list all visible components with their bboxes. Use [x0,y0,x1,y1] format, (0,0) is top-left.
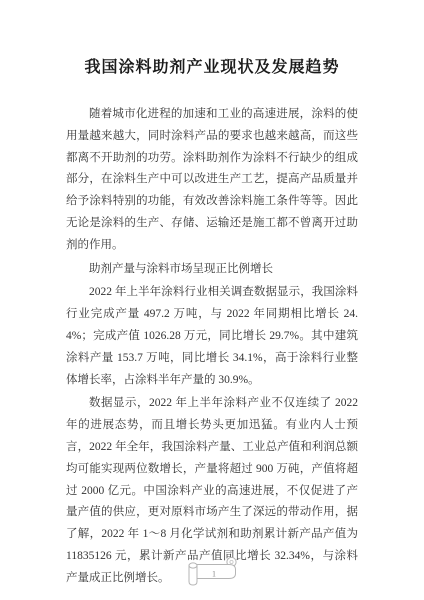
section-heading: 助剂产量与涂料市场呈现正比例增长 [66,259,358,281]
paragraph: 2022 年上半年涂料行业相关调查数据显示，我国涂料行业完成产量 497.2 万… [66,282,358,391]
page-footer: 1 [180,552,244,592]
scroll-ornament-icon: 1 [180,552,244,592]
page-number: 1 [212,569,216,578]
paragraph: 随着城市化进程的加速和工业的高速进展，涂料的使用量越来越大，同时涂料产品的要求也… [66,104,358,257]
document-body: 随着城市化进程的加速和工业的高速进展，涂料的使用量越来越大，同时涂料产品的要求也… [66,104,358,590]
document-page: 我国涂料助剂产业现状及发展趋势 随着城市化进程的加速和工业的高速进展，涂料的使用… [0,0,424,600]
page-title: 我国涂料助剂产业现状及发展趋势 [0,0,424,80]
